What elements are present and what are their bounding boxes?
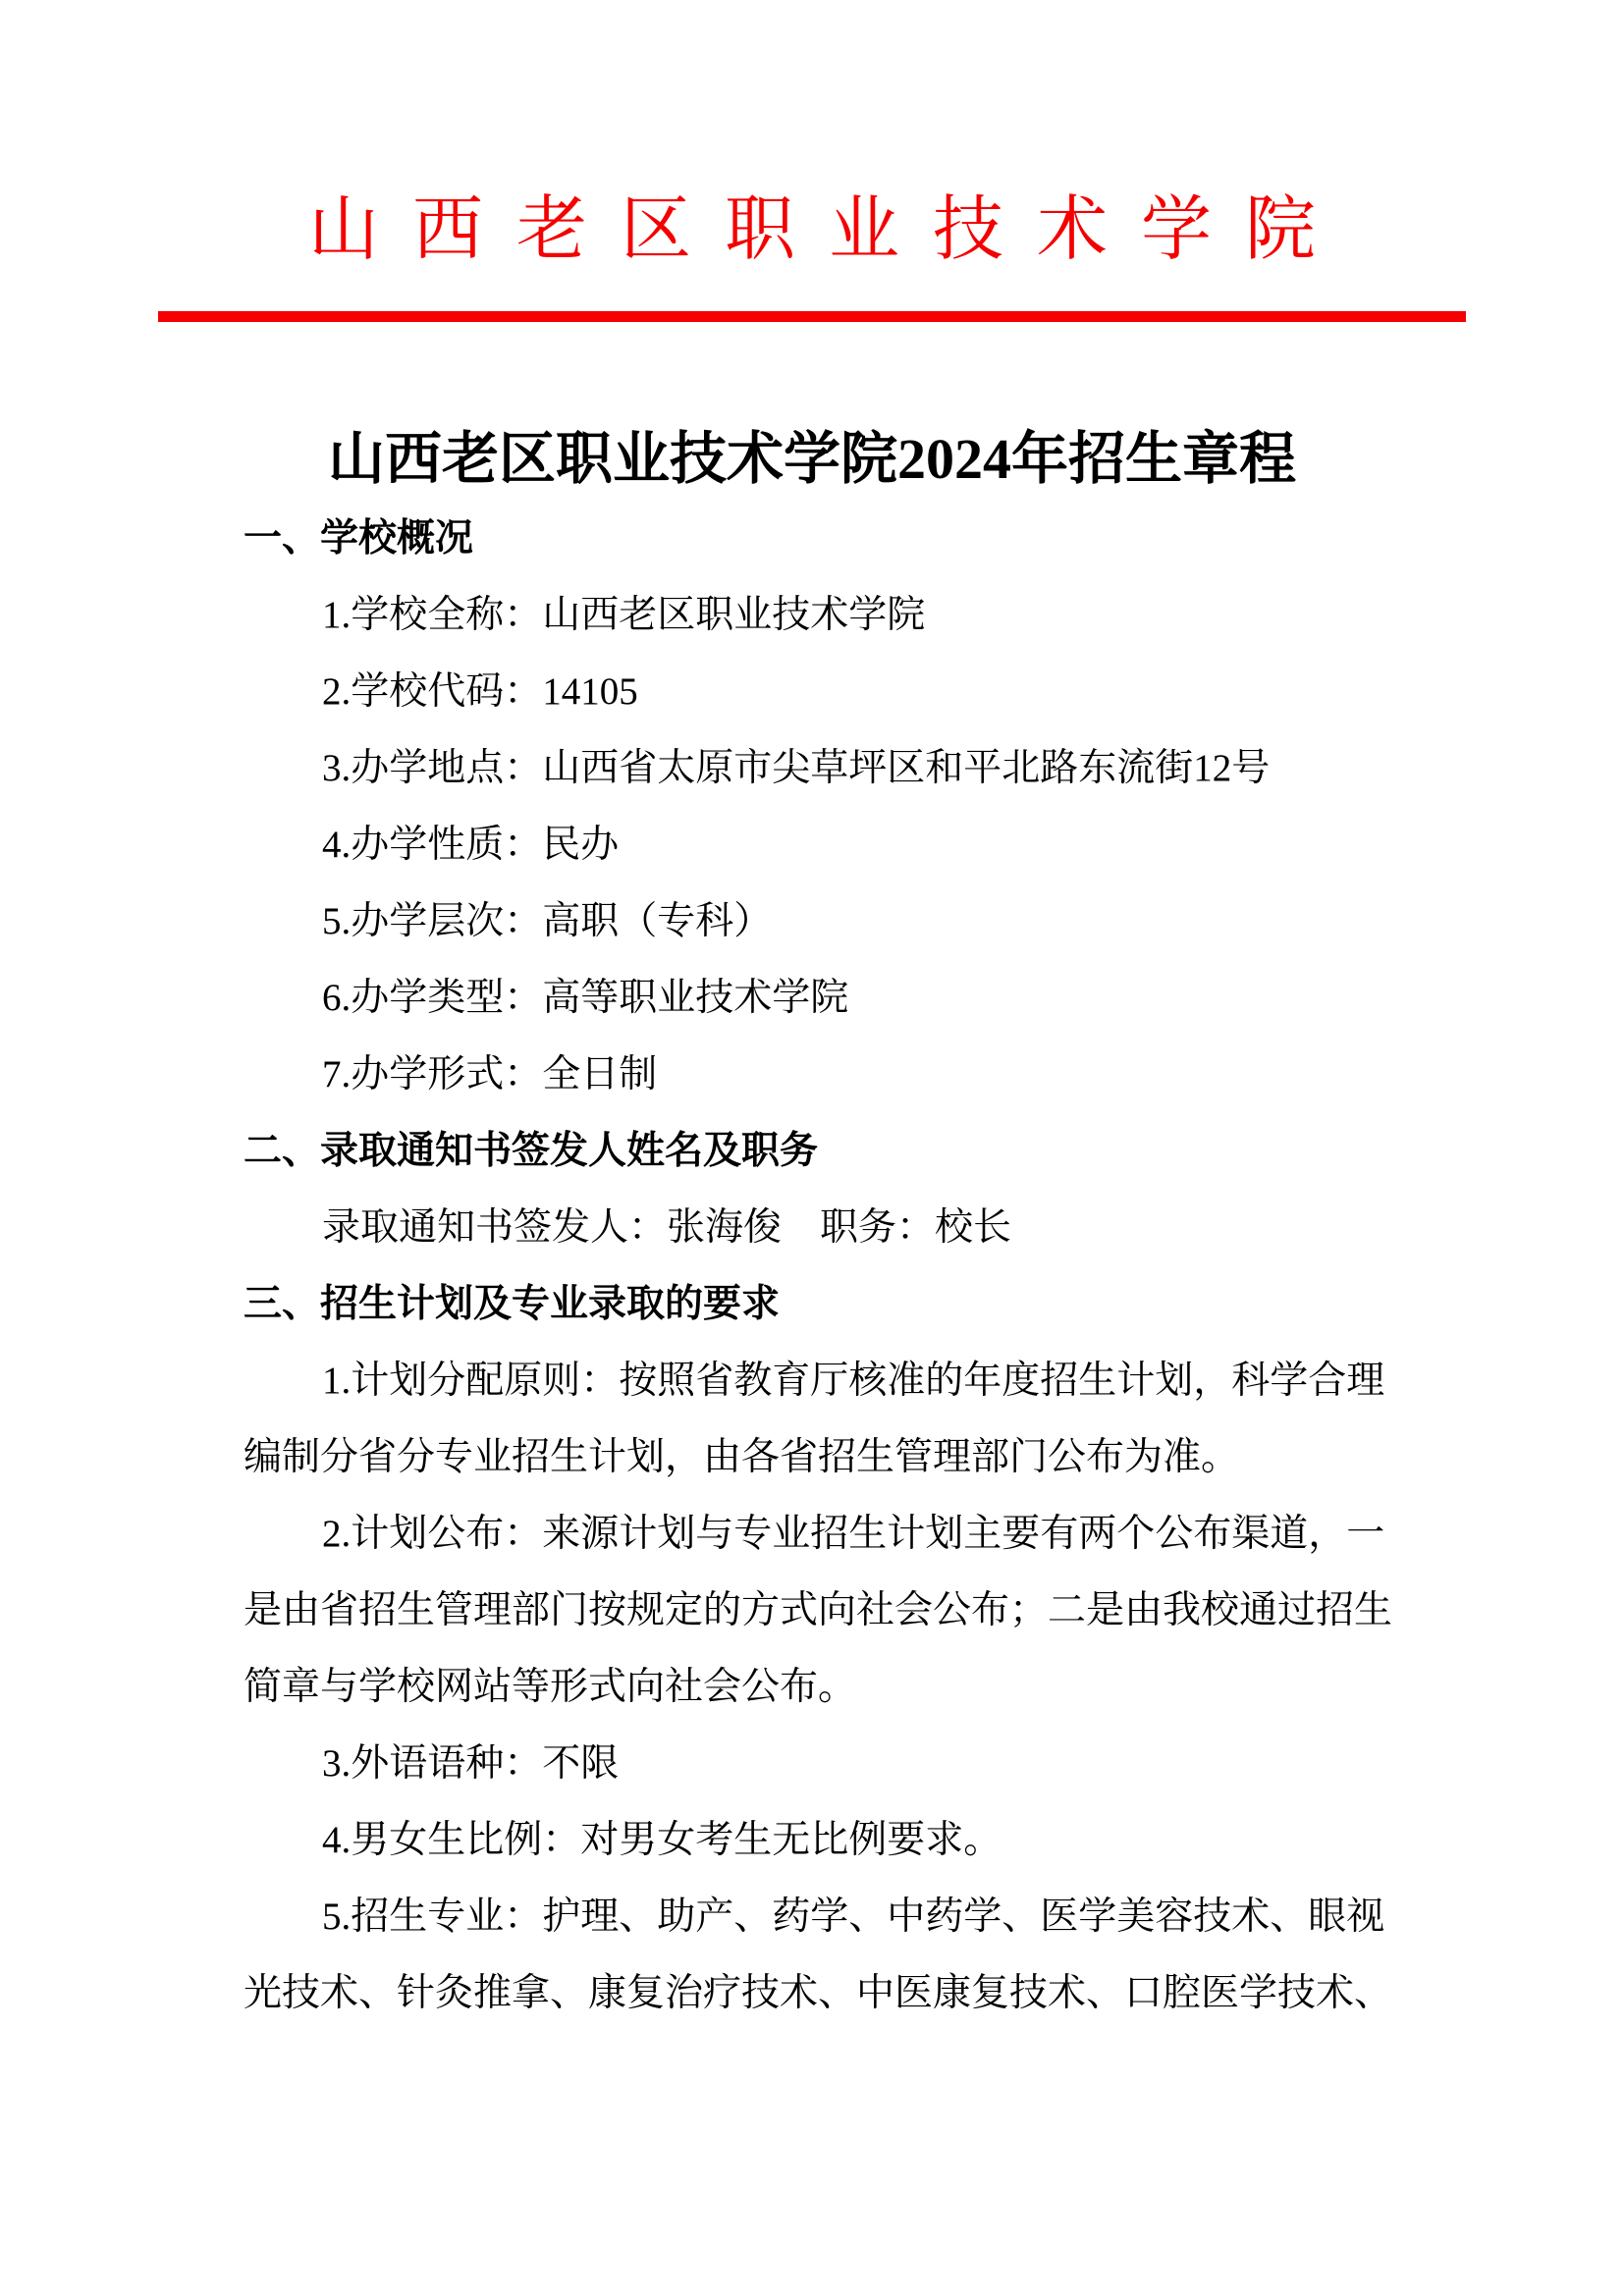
body-line: 2.计划公布：来源计划与专业招生计划主要有两个公布渠道，一: [244, 1496, 1481, 1573]
body-line: 5.招生专业：护理、助产、药学、中药学、医学美容技术、眼视: [244, 1879, 1481, 1955]
letterhead-double-rule: [158, 311, 1466, 322]
body-line: 3.办学地点：山西省太原市尖草坪区和平北路东流街12号: [244, 730, 1481, 807]
body-line: 是由省招生管理部门按规定的方式向社会公布；二是由我校通过招生: [244, 1573, 1481, 1649]
body-line: 3.外语语种：不限: [244, 1726, 1481, 1802]
body-line: 2.学校代码：14105: [244, 654, 1481, 730]
body-line: 1.学校全称：山西老区职业技术学院: [244, 577, 1481, 654]
body-line: 录取通知书签发人：张海俊 职务：校长: [244, 1190, 1481, 1266]
body-line: 光技术、针灸推拿、康复治疗技术、中医康复技术、口腔医学技术、: [244, 1955, 1481, 2032]
body-line: 4.办学性质：民办: [244, 807, 1481, 883]
document-page: 山西老区职业技术学院 山西老区职业技术学院2024年招生章程 一、学校概况1.学…: [0, 0, 1624, 2296]
section-heading: 二、录取通知书签发人姓名及职务: [244, 1113, 1481, 1190]
section-heading: 三、招生计划及专业录取的要求: [244, 1266, 1481, 1343]
document-body: 一、学校概况1.学校全称：山西老区职业技术学院2.学校代码：141053.办学地…: [244, 501, 1481, 2032]
body-line: 5.办学层次：高职（专科）: [244, 883, 1481, 960]
body-line: 6.办学类型：高等职业技术学院: [244, 960, 1481, 1037]
body-line: 编制分省分专业招生计划，由各省招生管理部门公布为准。: [244, 1419, 1481, 1496]
document-title: 山西老区职业技术学院2024年招生章程: [0, 420, 1624, 499]
section-heading: 一、学校概况: [244, 501, 1481, 577]
body-line: 4.男女生比例：对男女考生无比例要求。: [244, 1802, 1481, 1879]
letterhead-school-name: 山西老区职业技术学院: [0, 0, 1624, 267]
body-line: 简章与学校网站等形式向社会公布。: [244, 1649, 1481, 1726]
body-line: 1.计划分配原则：按照省教育厅核准的年度招生计划，科学合理: [244, 1343, 1481, 1419]
body-line: 7.办学形式：全日制: [244, 1037, 1481, 1113]
